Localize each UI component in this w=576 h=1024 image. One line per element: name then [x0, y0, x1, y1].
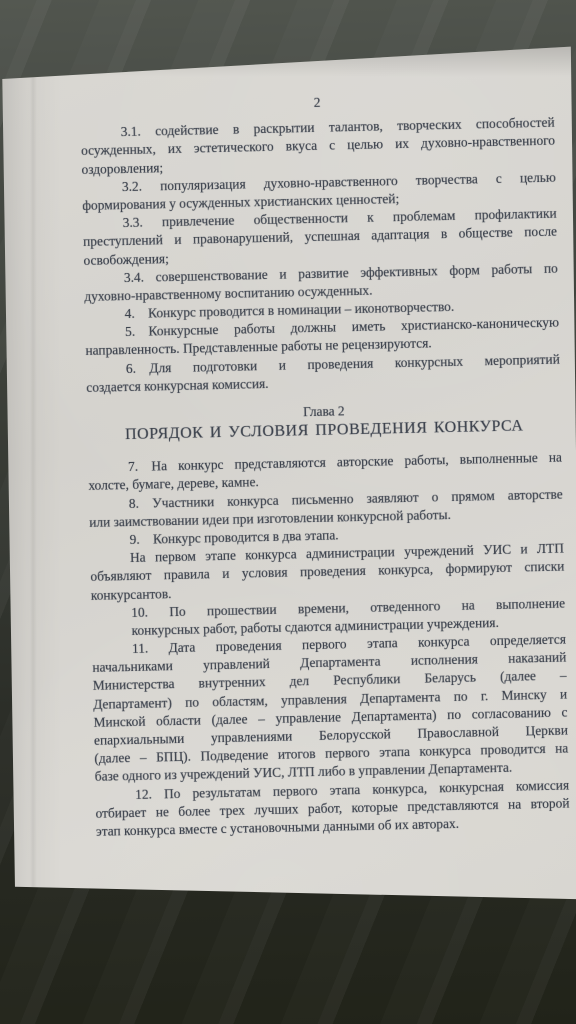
paragraph: 12. По результатам первого этапа конкурс… [95, 776, 570, 841]
document-body: 3.1. содействие в раскрытии талантов, тв… [81, 114, 571, 841]
page-number: 2 [80, 89, 554, 118]
paragraph: 11. Дата проведения первого этапа конкур… [92, 631, 569, 787]
page-content: 2 3.1. содействие в раскрытии талантов, … [80, 89, 570, 841]
photo-background: 2 3.1. содействие в раскрытии талантов, … [0, 0, 576, 1024]
paper-sheet: 2 3.1. содействие в раскрытии талантов, … [0, 0, 576, 1024]
